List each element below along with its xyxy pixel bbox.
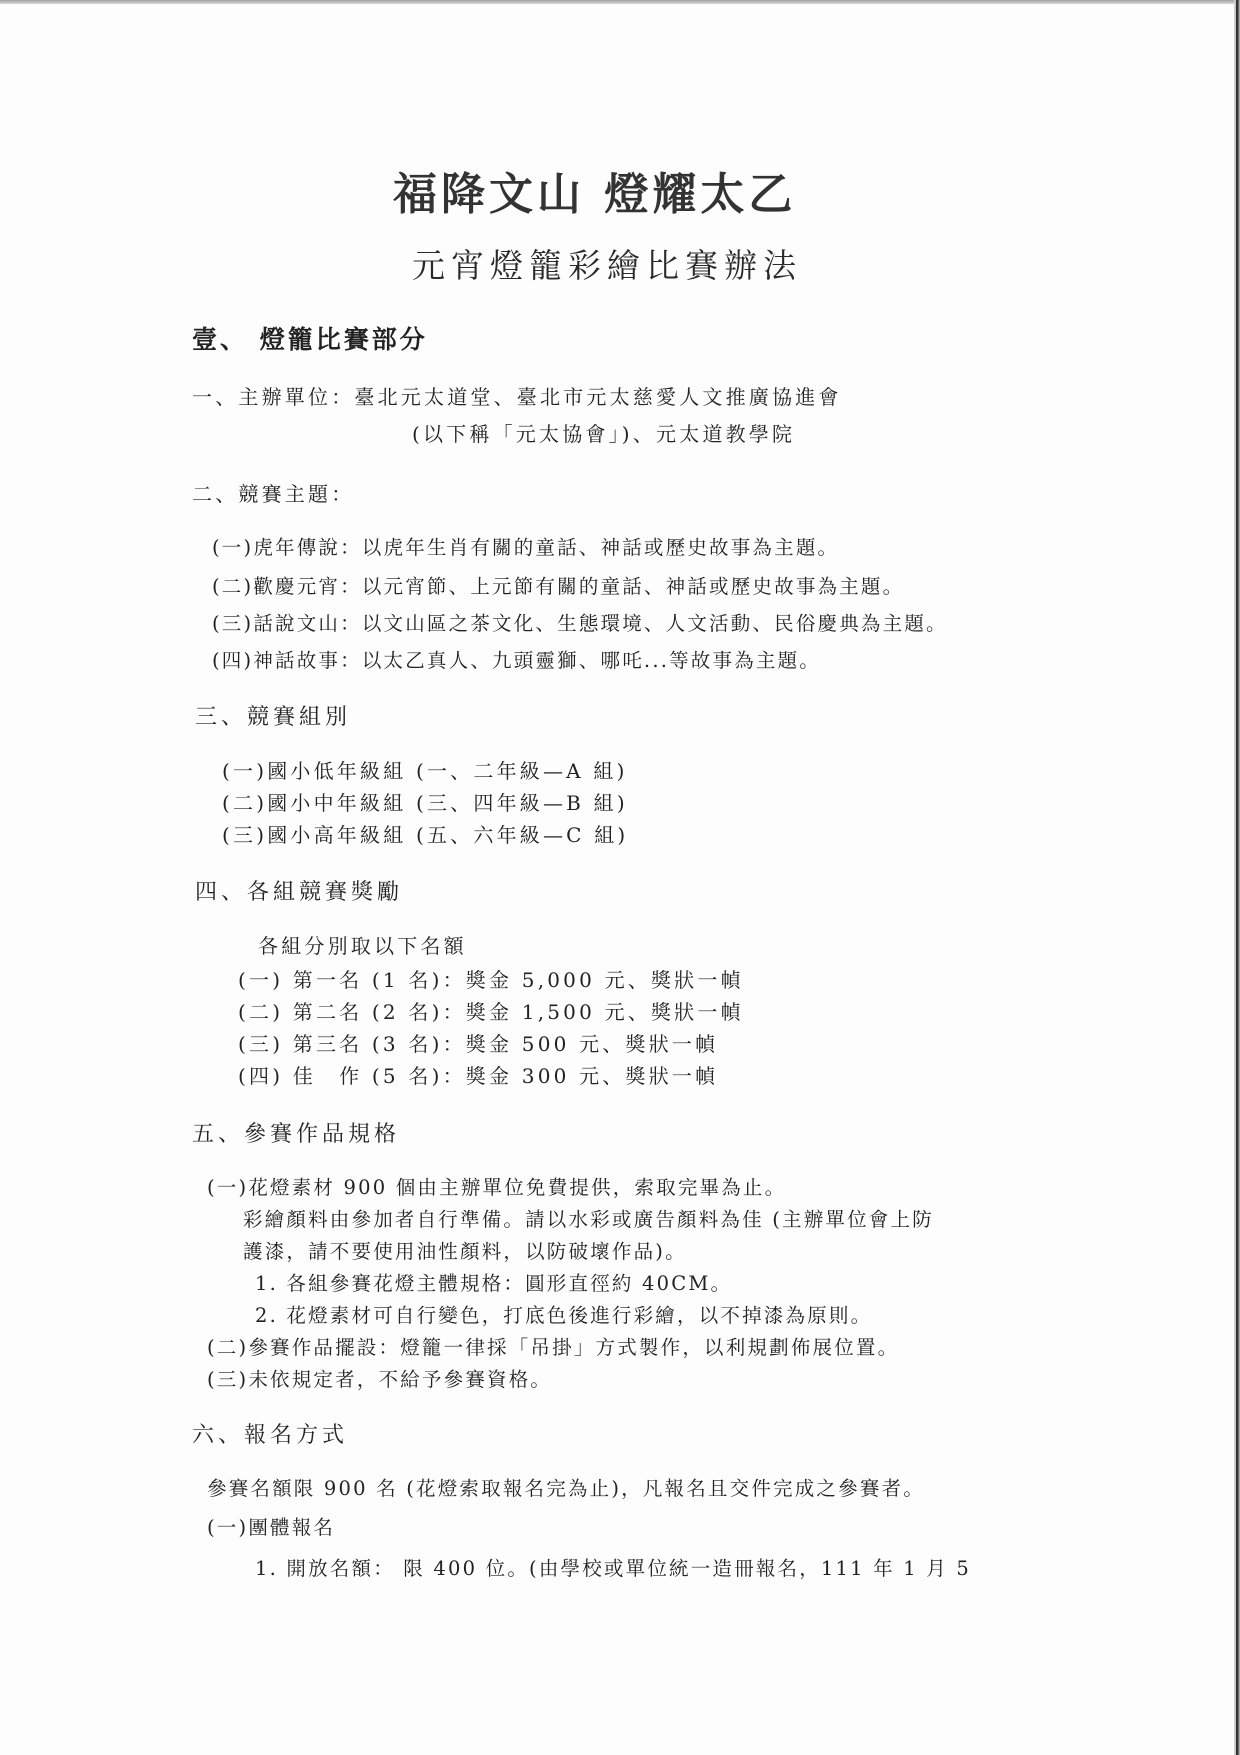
spec-line: 護漆，請不要使用油性顏料，以防破壞作品)。 xyxy=(243,1236,687,1264)
spec-line: (二)參賽作品擺設：燈籠一律採「吊掛」方式製作，以利規劃佈展位置。 xyxy=(207,1332,899,1360)
section-heading: 二、競賽主題： xyxy=(192,478,354,507)
spec-line: (一)花燈素材 900 個由主辦單位免費提供，索取完畢為止。 xyxy=(207,1172,786,1200)
spec-line: 彩繪顏料由參加者自行準備。請以水彩或廣告顏料為佳 (主辦單位會上防 xyxy=(243,1204,934,1232)
list-item: (二)歡慶元宵：以元宵節、上元節有關的童話、神話或歷史故事為主題。 xyxy=(212,571,904,599)
spec-line: 2. 花燈素材可自行變色，打底色後進行彩繪，以不掉漆為原則。 xyxy=(255,1300,872,1328)
list-item: (三)國小高年級組 (五、六年級—C 組) xyxy=(222,819,628,848)
document-title: 福降文山 燈耀太乙 xyxy=(393,158,796,222)
document-subtitle: 元宵燈籠彩繪比賽辦法 xyxy=(412,240,802,287)
registration-line: 參賽名額限 900 名 (花燈索取報名完為止)，凡報名且交件完成之參賽者。 xyxy=(207,1473,925,1501)
section-heading: 四、各組競賽獎勵 xyxy=(195,875,403,906)
section-heading: 一、主辦單位：臺北元太道堂、臺北市元太慈愛人文推廣協進會 xyxy=(192,381,842,410)
spec-line: (三)未依規定者，不給予參賽資格。 xyxy=(207,1364,552,1392)
registration-line: (一)團體報名 xyxy=(207,1512,335,1540)
section-heading: 三、競賽組別 xyxy=(195,700,351,731)
prize-row: (一) 第一名 (1 名)：獎金 5,000 元、獎狀一幀 xyxy=(238,964,744,993)
section-text: 各組分別取以下名額 xyxy=(258,930,467,959)
section-heading: 六、報名方式 xyxy=(192,1418,348,1449)
scan-edge-right xyxy=(1234,0,1240,1755)
list-item: (三)話說文山：以文山區之茶文化、生態環境、人文活動、民俗慶典為主題。 xyxy=(212,608,948,636)
prize-row: (二) 第二名 (2 名)：獎金 1,500 元、獎狀一幀 xyxy=(238,996,744,1025)
list-item: (四)神話故事：以太乙真人、九頭靈獅、哪吒...等故事為主題。 xyxy=(212,645,821,673)
list-item: (二)國小中年級組 (三、四年級—B 組) xyxy=(222,787,628,816)
prize-row: (三) 第三名 (3 名)：獎金 500 元、獎狀一幀 xyxy=(238,1028,718,1057)
registration-line: 1. 開放名額： 限 400 位。(由學校或單位統一造冊報名，111 年 1 月… xyxy=(255,1553,971,1581)
section-heading: 五、參賽作品規格 xyxy=(192,1117,400,1148)
spec-line: 1. 各組參賽花燈主體規格：圓形直徑約 40CM。 xyxy=(255,1268,732,1296)
prize-row: (四) 佳 作 (5 名)：獎金 300 元、獎狀一幀 xyxy=(238,1060,718,1089)
list-item: (一)國小低年級組 (一、二年級—A 組) xyxy=(222,755,628,784)
list-item: (一)虎年傳說：以虎年生肖有關的童話、神話或歷史故事為主題。 xyxy=(212,532,839,560)
section-text: (以下稱「元太協會」)、元太道教學院 xyxy=(412,418,795,447)
scan-edge-top xyxy=(0,0,1240,4)
part-heading: 壹、 燈籠比賽部分 xyxy=(192,320,428,356)
